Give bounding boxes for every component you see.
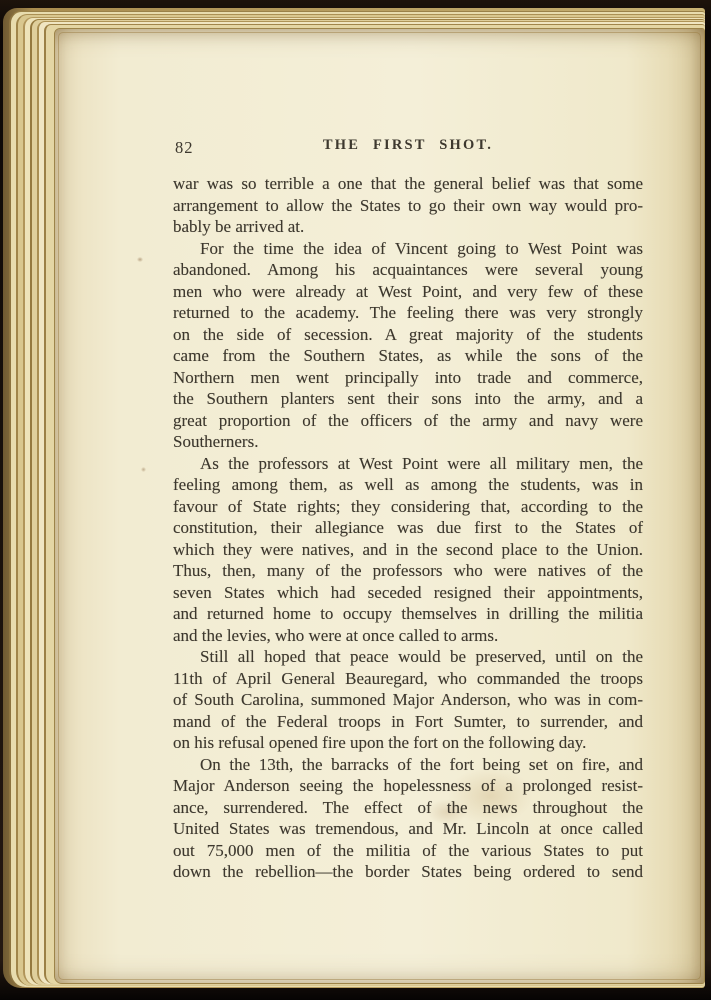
text-line: on the side of secession. A great majori… [173,324,643,346]
text-line: constitution, their allegiance was due f… [173,517,643,539]
text-line: the Southern planters sent their sons in… [173,388,643,410]
text-line: which they were natives, and in the seco… [173,539,643,561]
page-text-block: 82 THE FIRST SHOT. war was so terrible a… [173,137,643,883]
text-line: Northern men went principally into trade… [173,367,643,389]
book-page: 82 THE FIRST SHOT. war was so terrible a… [54,28,705,984]
running-title: THE FIRST SHOT. [173,137,643,154]
text-line: Major Anderson seeing the hopelessness o… [173,775,643,797]
text-line: Still all hoped that peace would be pres… [173,646,643,668]
text-line: on his refusal opened fire upon the fort… [173,732,643,754]
text-line: down the rebellion—the border States bei… [173,861,643,883]
page-number: 82 [175,138,194,158]
text-line: arrangement to allow the States to go th… [173,195,643,217]
text-line: ance, surrendered. The effect of the new… [173,797,643,819]
text-line: feeling among them, as well as among the… [173,474,643,496]
page-header: 82 THE FIRST SHOT. [173,137,643,157]
text-line: and returned home to occupy themselves i… [173,603,643,625]
text-line: men who were already at West Point, and … [173,281,643,303]
text-line: As the professors at West Point were all… [173,453,643,475]
page-body: war was so terrible a one that the gener… [173,173,643,883]
text-line: and the levies, who were at once called … [173,625,643,647]
text-line: war was so terrible a one that the gener… [173,173,643,195]
book-scan-photo: 82 THE FIRST SHOT. war was so terrible a… [0,0,711,1000]
text-line: On the 13th, the barracks of the fort be… [173,754,643,776]
text-line: out 75,000 men of the militia of the var… [173,840,643,862]
text-line: bably be arrived at. [173,216,643,238]
text-line: For the time the idea of Vincent going t… [173,238,643,260]
text-line: 11th of April General Beauregard, who co… [173,668,643,690]
text-line: returned to the academy. The feeling the… [173,302,643,324]
text-line: seven States which had seceded resigned … [173,582,643,604]
text-line: United States was tremendous, and Mr. Li… [173,818,643,840]
text-line: abandoned. Among his acquaintances were … [173,259,643,281]
text-line: Southerners. [173,431,643,453]
page-stain [141,467,146,472]
text-line: favour of State rights; they considering… [173,496,643,518]
text-line: great proportion of the officers of the … [173,410,643,432]
text-line: mand of the Federal troops in Fort Sumte… [173,711,643,733]
text-line: Thus, then, many of the professors who w… [173,560,643,582]
text-line: came from the Southern States, as while … [173,345,643,367]
page-stain [137,257,143,262]
text-line: of South Carolina, summoned Major Anders… [173,689,643,711]
